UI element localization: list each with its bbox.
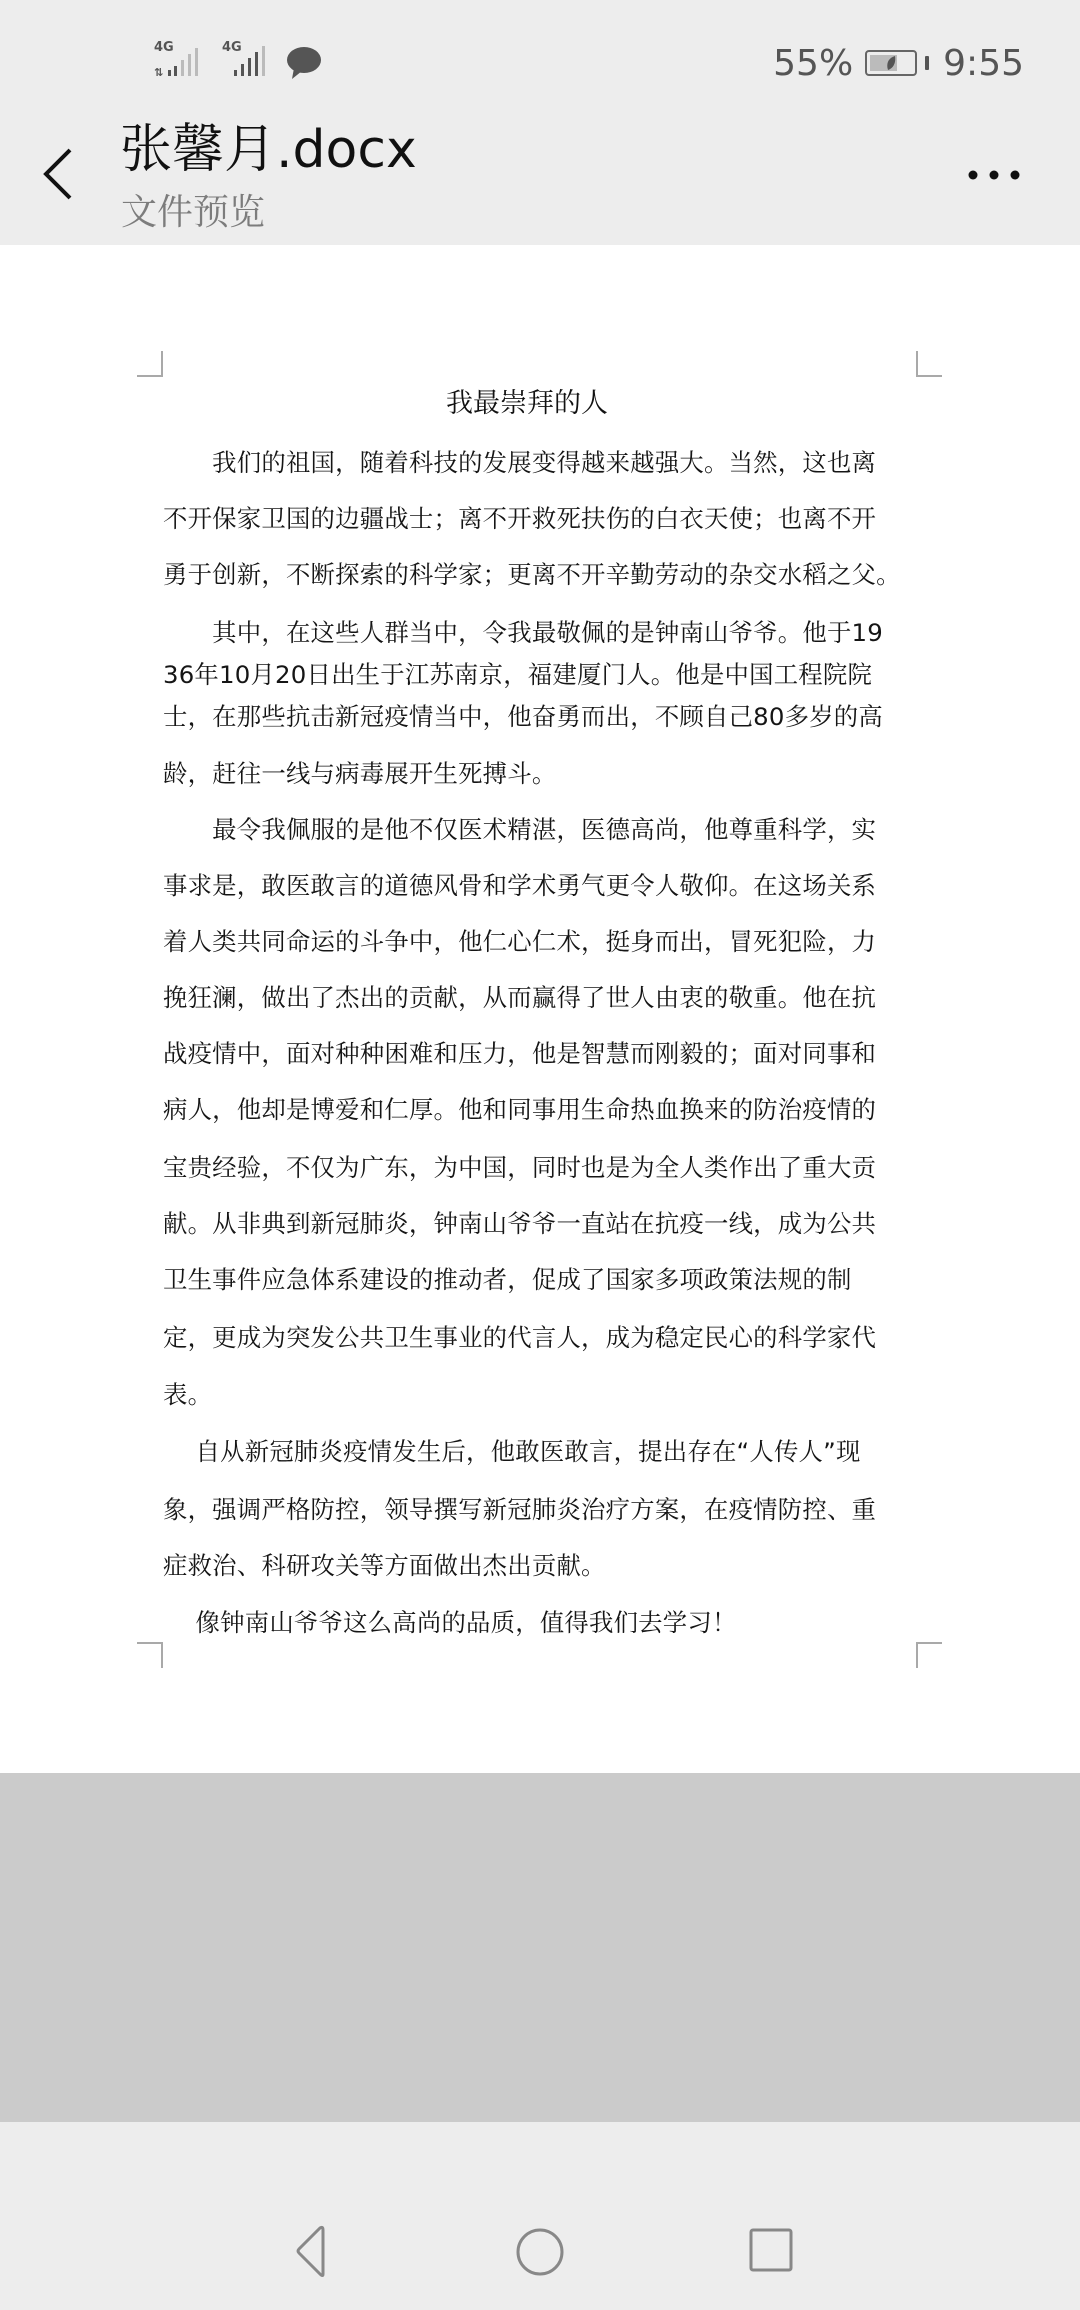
- more-horizontal-icon: [955, 155, 1035, 195]
- status-right: 55% 9:55: [773, 38, 1024, 88]
- page-corner-bottom-right: [916, 1642, 942, 1668]
- battery-icon: [865, 50, 917, 76]
- document-line: 献。从非典到新冠肺炎，钟南山爷爷一直站在抗疫一线，成为公共: [163, 1208, 876, 1240]
- document-line: 表。: [163, 1379, 212, 1411]
- battery-cap: [925, 56, 929, 70]
- nav-recents-button[interactable]: [742, 2222, 802, 2282]
- document-line: 战疫情中，面对种种困难和压力，他是智慧而刚毅的；面对同事和: [163, 1038, 876, 1070]
- clock: 9:55: [943, 43, 1024, 84]
- battery-percent: 55%: [773, 43, 853, 84]
- document-line: 我们的祖国，随着科技的发展变得越来越强大。当然，这也离: [163, 447, 876, 479]
- document-line: 勇于创新，不断探索的科学家；更离不开辛勤劳动的杂交水稻之父。: [163, 559, 901, 591]
- page-corner-top-right: [916, 351, 942, 377]
- document-line: 定，更成为突发公共卫生事业的代言人，成为稳定民心的科学家代: [163, 1322, 876, 1354]
- document-line: 病人，他却是博爱和仁厚。他和同事用生命热血换来的防治疫情的: [163, 1094, 876, 1126]
- svg-text:⇅: ⇅: [154, 66, 163, 78]
- document-line: 自从新冠肺炎疫情发生后，他敢医敢言，提出存在“人传人”现: [163, 1436, 861, 1468]
- battery-saver-icon: [885, 55, 897, 71]
- preview-canvas-background: [0, 1773, 1080, 2122]
- document-line: 最令我佩服的是他不仅医术精湛，医德高尚，他尊重科学，实: [163, 814, 876, 846]
- nav-recents-square-icon: [742, 2222, 802, 2282]
- document-line: 象，强调严格防控，领导撰写新冠肺炎治疗方案，在疫情防控、重: [163, 1494, 876, 1526]
- file-subtitle: 文件预览: [121, 190, 265, 236]
- document-line: 其中，在这些人群当中，令我最敬佩的是钟南山爷爷。他于19: [163, 617, 883, 649]
- document-line: 龄，赶往一线与病毒展开生死搏斗。: [163, 758, 556, 790]
- document-line: 不开保家卫国的边疆战士；离不开救死扶伤的白衣天使；也离不开: [163, 503, 876, 535]
- document-line: 士，在那些抗击新冠疫情当中，他奋勇而出，不顾自己80多岁的高: [163, 701, 883, 733]
- document-line: 症救治、科研攻关等方面做出杰出贡献。: [163, 1550, 606, 1582]
- signal-sim1-icon: 4G ⇅: [154, 44, 206, 78]
- document-line: 着人类共同命运的斗争中，他仁心仁术，挺身而出，冒死犯险，力: [163, 926, 876, 958]
- document-line: 像钟南山爷爷这么高尚的品质，值得我们去学习！: [163, 1607, 737, 1639]
- more-options-button[interactable]: [955, 155, 1035, 195]
- chevron-left-icon: [30, 132, 90, 216]
- page-corner-bottom-left: [137, 1642, 163, 1668]
- page-corner-top-left: [137, 351, 163, 377]
- document-line: 宝贵经验，不仅为广东，为中国，同时也是为全人类作出了重大贡: [163, 1152, 876, 1184]
- nav-home-circle-icon: [510, 2222, 570, 2282]
- document-line: 挽狂澜，做出了杰出的贡献，从而赢得了世人由衷的敬重。他在抗: [163, 982, 876, 1014]
- signal-sim2-icon: 4G: [222, 44, 274, 78]
- document-title: 我最崇拜的人: [0, 386, 1054, 422]
- message-icon: [286, 46, 322, 80]
- nav-back-button[interactable]: [280, 2222, 340, 2282]
- document-line: 事求是，敢医敢言的道德风骨和学术勇气更令人敬仰。在这场关系: [163, 870, 876, 902]
- nav-home-button[interactable]: [510, 2222, 570, 2282]
- nav-back-triangle-icon: [280, 2222, 340, 2282]
- back-button[interactable]: [30, 132, 90, 216]
- document-line: 卫生事件应急体系建设的推动者，促成了国家多项政策法规的制: [163, 1264, 852, 1296]
- document-line: 36年10月20日出生于江苏南京，福建厦门人。他是中国工程院院: [163, 659, 872, 691]
- file-title: 张馨月.docx: [120, 118, 417, 182]
